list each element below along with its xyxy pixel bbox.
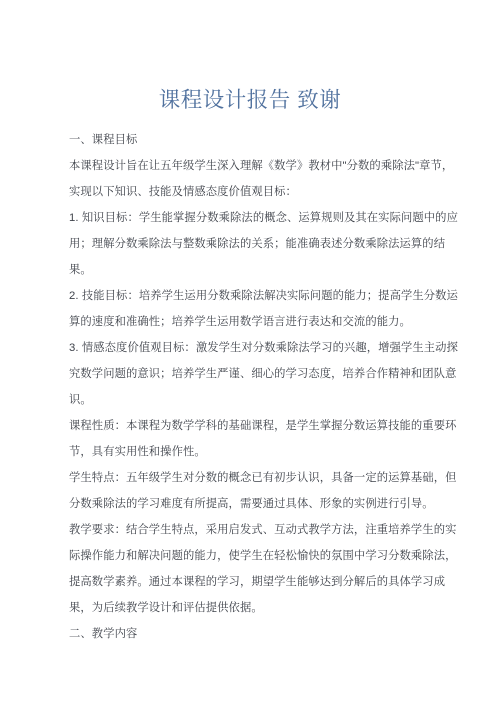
document-line: 本课程设计旨在让五年级学生深入理解《数学》教材中"分数的乘除法"章节， [69,153,458,179]
document-line: 节，具有实用性和操作性。 [69,439,458,465]
document-line: 实现以下知识、技能及情感态度价值观目标： [69,179,458,205]
document-line: 际操作能力和解决问题的能力，使学生在轻松愉快的氛围中学习分数乘除法， [69,543,458,569]
document-line: 2. 技能目标：培养学生运用分数乘除法解决实际问题的能力；提高学生分数运 [69,283,458,309]
document-line: 课程性质：本课程为数学学科的基础课程，是学生掌握分数运算技能的重要环 [69,413,458,439]
document-line: 教学要求：结合学生特点，采用启发式、互动式教学方法，注重培养学生的实 [69,517,458,543]
document-line: 提高数学素养。通过本课程的学习，期望学生能够达到分解后的具体学习成 [69,569,458,595]
document-line: 算的速度和准确性；培养学生运用数学语言进行表达和交流的能力。 [69,309,458,335]
document-line: 3. 情感态度价值观目标：激发学生对分数乘除法学习的兴趣，增强学生主动探 [69,335,458,361]
document-line: 分数乘除法的学习难度有所提高，需要通过具体、形象的实例进行引导。 [69,491,458,517]
document-line: 1. 知识目标：学生能掌握分数乘除法的概念、运算规则及其在实际问题中的应 [69,205,458,231]
document-line: 学生特点：五年级学生对分数的概念已有初步认识，具备一定的运算基础，但 [69,465,458,491]
document-line: 二、教学内容 [69,621,458,647]
document-line: 果。 [69,257,458,283]
document-line: 究数学问题的意识；培养学生严谨、细心的学习态度，培养合作精神和团队意 [69,361,458,387]
document-line: 果，为后续教学设计和评估提供依据。 [69,595,458,621]
document-body: 一、课程目标本课程设计旨在让五年级学生深入理解《数学》教材中"分数的乘除法"章节… [69,127,458,647]
document-line: 一、课程目标 [69,127,458,153]
document-page: 课程设计报告 致谢 一、课程目标本课程设计旨在让五年级学生深入理解《数学》教材中… [0,0,500,707]
page-title: 课程设计报告 致谢 [0,83,500,114]
document-line: 识。 [69,387,458,413]
document-line: 用；理解分数乘除法与整数乘除法的关系；能准确表述分数乘除法运算的结 [69,231,458,257]
